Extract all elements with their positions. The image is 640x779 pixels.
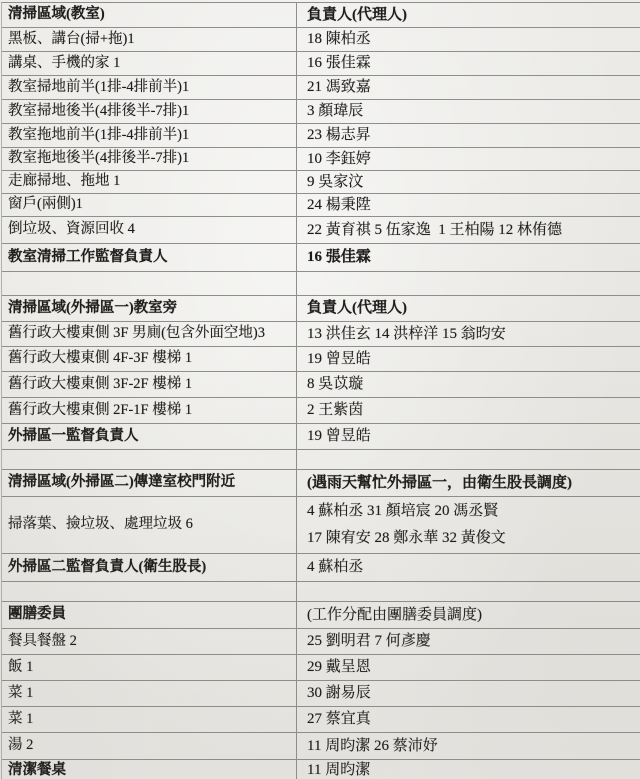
assignee-header-cell: (工作分配由團膳委員調度) xyxy=(297,602,640,628)
assignee-cell: 18 陳柏丞 xyxy=(297,28,640,51)
supervisor-assignee-cell: 4 蘇柏丞 xyxy=(297,554,640,581)
supervisor-assignee-cell: 11 周昀潔 xyxy=(297,760,640,779)
task-row: 黑板、講台(掃+拖)1 18 陳柏丞 xyxy=(2,28,640,52)
task-row: 舊行政大樓東側 2F-1F 樓梯 1 2 王紫茵 xyxy=(2,398,640,424)
area-header-cell: 清掃區域(外掃區二)傳達室校門附近 xyxy=(2,470,297,496)
assignee-cell: 9 吳家汶 xyxy=(297,171,640,193)
spacer-cell xyxy=(297,450,640,469)
task-row: 教室拖地後半(4排後半-7排)1 10 李鈺婷 xyxy=(2,148,640,171)
area-header-cell: 清掃區域(教室) xyxy=(2,3,297,27)
task-cell: 舊行政大樓東側 2F-1F 樓梯 1 xyxy=(2,398,297,423)
task-row: 掃落葉、撿垃圾、處理垃圾 6 4 蘇柏丞 31 顏培宸 20 馮丞賢 17 陳宥… xyxy=(2,497,640,554)
footer-row: 清潔餐桌 11 周昀潔 xyxy=(2,760,640,779)
supervisor-cell: 清潔餐桌 xyxy=(2,760,297,779)
task-cell: 黑板、講台(掃+拖)1 xyxy=(2,28,297,51)
assignee-cell: 13 洪佳玄 14 洪梓洋 15 翁昀安 xyxy=(297,322,640,346)
assignee-cell: 21 馮致嘉 xyxy=(297,76,640,99)
task-row: 講桌、手機的家 1 16 張佳霖 xyxy=(2,52,640,76)
spacer-cell xyxy=(2,272,297,295)
supervisor-cell: 外掃區一監督負責人 xyxy=(2,424,297,449)
spacer-row xyxy=(2,272,640,296)
task-cell: 窗戶(兩側)1 xyxy=(2,194,297,216)
task-row: 飯 1 29 戴呈恩 xyxy=(2,655,640,681)
assignee-cell: 11 周昀潔 26 蔡沛妤 xyxy=(297,733,640,759)
task-row: 倒垃圾、資源回收 4 22 黃育祺 5 伍家逸 1 王柏陽 12 林侑德 xyxy=(2,217,640,244)
duty-roster-table: 清掃區域(教室) 負責人(代理人) 黑板、講台(掃+拖)1 18 陳柏丞 講桌、… xyxy=(1,2,640,779)
assignee-cell: 19 曾昱皓 xyxy=(297,347,640,371)
assignee-cell: 22 黃育祺 5 伍家逸 1 王柏陽 12 林侑德 xyxy=(297,217,640,243)
assignee-cell: 29 戴呈恩 xyxy=(297,655,640,680)
task-cell: 餐具餐盤 2 xyxy=(2,629,297,654)
assignee-header-cell: 負責人(代理人) xyxy=(297,3,640,27)
task-row: 餐具餐盤 2 25 劉明君 7 何彥慶 xyxy=(2,629,640,655)
spacer-cell xyxy=(297,272,640,295)
task-cell: 舊行政大樓東側 3F-2F 樓梯 1 xyxy=(2,372,297,397)
spacer-row xyxy=(2,582,640,602)
assignee-cell: 24 楊秉陞 xyxy=(297,194,640,216)
task-cell: 倒垃圾、資源回收 4 xyxy=(2,217,297,243)
task-row: 教室掃地後半(4排後半-7排)1 3 顏瑋辰 xyxy=(2,100,640,124)
task-row: 湯 2 11 周昀潔 26 蔡沛妤 xyxy=(2,733,640,760)
assignee-cell: 25 劉明君 7 何彥慶 xyxy=(297,629,640,654)
spacer-cell xyxy=(2,582,297,601)
task-cell: 菜 1 xyxy=(2,681,297,706)
footer-row: 外掃區一監督負責人 19 曾昱皓 xyxy=(2,424,640,450)
task-cell: 舊行政大樓東側 4F-3F 樓梯 1 xyxy=(2,347,297,371)
task-cell: 教室掃地後半(4排後半-7排)1 xyxy=(2,100,297,123)
spacer-row xyxy=(2,450,640,470)
supervisor-cell: 外掃區二監督負責人(衛生股長) xyxy=(2,554,297,581)
assignee-cell: 10 李鈺婷 xyxy=(297,148,640,170)
assignee-cell: 3 顏瑋辰 xyxy=(297,100,640,123)
spacer-cell xyxy=(297,582,640,601)
task-cell: 飯 1 xyxy=(2,655,297,680)
assignee-cell: 30 謝易辰 xyxy=(297,681,640,706)
assignee-cell: 27 蔡宜真 xyxy=(297,707,640,732)
task-row: 菜 1 27 蔡宜真 xyxy=(2,707,640,733)
section-header-row: 團膳委員 (工作分配由團膳委員調度) xyxy=(2,602,640,629)
task-row: 舊行政大樓東側 3F 男廁(包含外面空地)3 13 洪佳玄 14 洪梓洋 15 … xyxy=(2,322,640,347)
supervisor-assignee-cell: 16 張佳霖 xyxy=(297,244,640,271)
task-cell: 湯 2 xyxy=(2,733,297,759)
task-cell: 講桌、手機的家 1 xyxy=(2,52,297,75)
task-row: 教室掃地前半(1排-4排前半)1 21 馮致嘉 xyxy=(2,76,640,100)
task-cell: 走廊掃地、拖地 1 xyxy=(2,171,297,193)
assignee-cell: 23 楊志昇 xyxy=(297,124,640,147)
task-cell: 教室掃地前半(1排-4排前半)1 xyxy=(2,76,297,99)
task-row: 窗戶(兩側)1 24 楊秉陞 xyxy=(2,194,640,217)
document-page: 清掃區域(教室) 負責人(代理人) 黑板、講台(掃+拖)1 18 陳柏丞 講桌、… xyxy=(0,0,640,779)
task-row: 走廊掃地、拖地 1 9 吳家汶 xyxy=(2,171,640,194)
assignee-cell: 4 蘇柏丞 31 顏培宸 20 馮丞賢 17 陳宥安 28 鄭永華 32 黃俊文 xyxy=(297,497,640,553)
assignee-cell: 16 張佳霖 xyxy=(297,52,640,75)
task-row: 舊行政大樓東側 3F-2F 樓梯 1 8 吳苡璇 xyxy=(2,372,640,398)
section-header-row: 清掃區域(外掃區一)教室旁 負責人(代理人) xyxy=(2,296,640,322)
assignee-header-cell: (遇雨天幫忙外掃區一，由衛生股長調度) xyxy=(297,470,640,496)
supervisor-cell: 教室清掃工作監督負責人 xyxy=(2,244,297,271)
footer-row: 外掃區二監督負責人(衛生股長) 4 蘇柏丞 xyxy=(2,554,640,582)
task-cell: 舊行政大樓東側 3F 男廁(包含外面空地)3 xyxy=(2,322,297,346)
supervisor-assignee-cell: 19 曾昱皓 xyxy=(297,424,640,449)
task-row: 菜 1 30 謝易辰 xyxy=(2,681,640,707)
section-header-row: 清掃區域(外掃區二)傳達室校門附近 (遇雨天幫忙外掃區一，由衛生股長調度) xyxy=(2,470,640,497)
section-header-row: 清掃區域(教室) 負責人(代理人) xyxy=(2,3,640,28)
task-cell: 教室拖地前半(1排-4排前半)1 xyxy=(2,124,297,147)
spacer-cell xyxy=(2,450,297,469)
footer-row: 教室清掃工作監督負責人 16 張佳霖 xyxy=(2,244,640,272)
assignee-cell: 8 吳苡璇 xyxy=(297,372,640,397)
task-cell: 教室拖地後半(4排後半-7排)1 xyxy=(2,148,297,170)
area-header-cell: 清掃區域(外掃區一)教室旁 xyxy=(2,296,297,321)
task-row: 教室拖地前半(1排-4排前半)1 23 楊志昇 xyxy=(2,124,640,148)
task-cell: 菜 1 xyxy=(2,707,297,732)
task-row: 舊行政大樓東側 4F-3F 樓梯 1 19 曾昱皓 xyxy=(2,347,640,372)
area-header-cell: 團膳委員 xyxy=(2,602,297,628)
assignee-header-cell: 負責人(代理人) xyxy=(297,296,640,321)
assignee-cell: 2 王紫茵 xyxy=(297,398,640,423)
task-cell: 掃落葉、撿垃圾、處理垃圾 6 xyxy=(2,497,297,553)
